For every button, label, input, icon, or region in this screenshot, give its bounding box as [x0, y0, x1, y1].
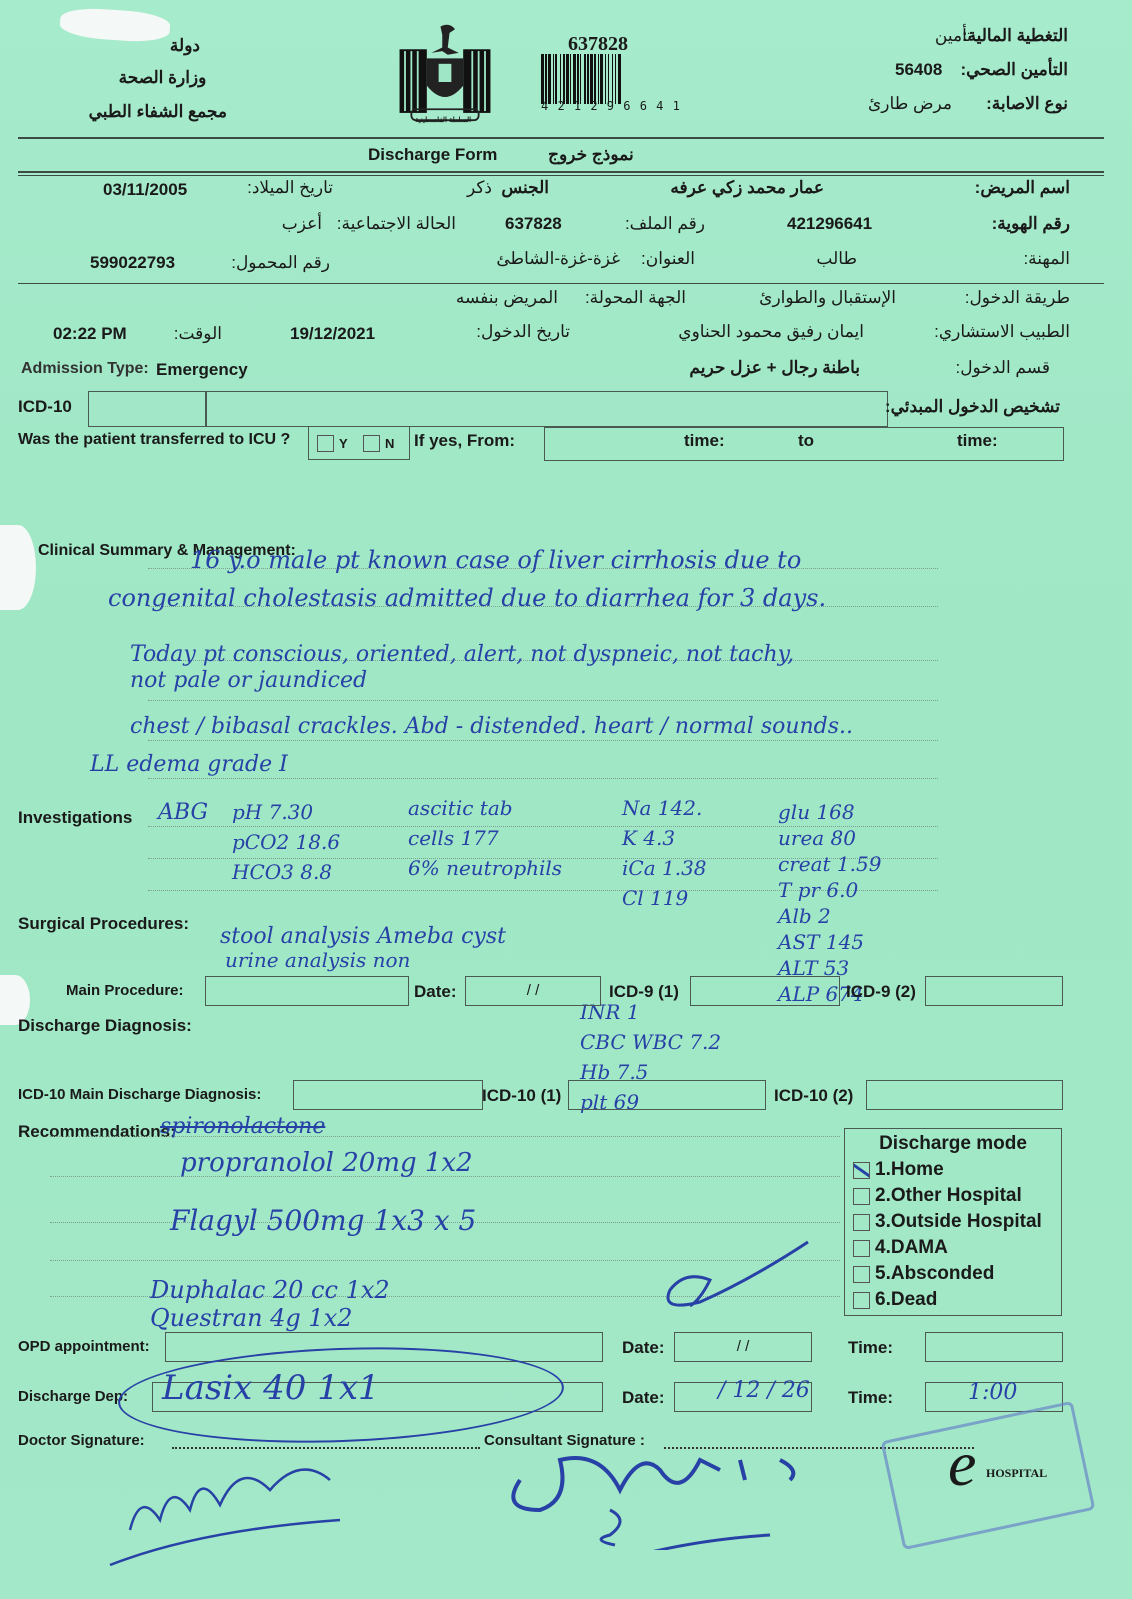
checkbox-icon: [853, 1292, 870, 1309]
checkbox-icon: [853, 1214, 870, 1231]
barcode: [541, 54, 621, 104]
doctor-signature-line: [172, 1447, 480, 1449]
opd-time-label: Time:: [848, 1338, 893, 1358]
mobile-label: رقم المحمول:: [231, 253, 330, 273]
investigation-value: pH 7.30: [232, 800, 313, 824]
discharge-mode-option[interactable]: 2.Other Hospital: [853, 1183, 1061, 1209]
form-title-en: Discharge Form: [368, 145, 497, 165]
checkbox-icon: [317, 435, 334, 452]
checkbox-icon: [853, 1266, 870, 1283]
patient-name-label: اسم المريض:: [975, 178, 1070, 198]
icu-no-label: N: [385, 436, 394, 451]
discharge-mode-label: 4.DAMA: [875, 1237, 948, 1259]
consultant-label: الطبيب الاستشاري:: [934, 322, 1070, 342]
dob-label: تاريخ الميلاد:: [247, 178, 333, 198]
ruled-line: [148, 778, 938, 779]
divider: [18, 137, 1104, 139]
divider: [18, 283, 1104, 284]
recommendation-line: Duphalac 20 cc 1x2: [150, 1276, 390, 1304]
torn-corner: [59, 6, 171, 44]
consultant-signature-icon: [490, 1440, 830, 1550]
checkbox-icon: [853, 1188, 870, 1205]
icd10-main-discharge-field[interactable]: [293, 1080, 483, 1110]
divider: [18, 175, 1104, 176]
investigation-value: CBC WBC 7.2: [580, 1030, 721, 1054]
id-label: رقم الهوية:: [992, 214, 1070, 234]
opd-appointment-label: OPD appointment:: [18, 1338, 150, 1355]
clinical-line: not pale or jaundiced: [130, 668, 367, 693]
icd10-1-label: ICD-10 (1): [482, 1086, 561, 1106]
barcode-number: 637828: [568, 33, 628, 56]
initial-diagnosis-label: تشخيص الدخول المبدئي:: [885, 397, 1060, 417]
discharge-mode-option[interactable]: 4.DAMA: [853, 1235, 1061, 1261]
discharge-dep-label: Discharge Dep:: [18, 1388, 128, 1405]
icu-to-label: to: [798, 431, 814, 451]
icu-yn-box: Y N: [308, 426, 410, 460]
clinical-line: chest / bibasal crackles. Abd - distende…: [130, 714, 853, 739]
patient-name-value: عمار محمد زكي عرفه: [670, 178, 824, 198]
icu-time2-label: time:: [957, 431, 998, 451]
icd10-1-field[interactable]: [568, 1080, 766, 1110]
icd9-2-field[interactable]: [925, 976, 1063, 1006]
doctor-signature-label: Doctor Signature:: [18, 1432, 145, 1449]
ruled-line: [148, 700, 938, 701]
barcode-digits: 4 2 1 2 9 6 6 4 1: [541, 99, 681, 113]
procedure-date-field[interactable]: / /: [465, 976, 601, 1006]
admission-time-label: الوقت:: [174, 324, 222, 344]
icd10-2-field[interactable]: [866, 1080, 1063, 1110]
discharge-dep-handwriting: Lasix 40 1x1: [162, 1368, 380, 1408]
icu-yes-checkbox[interactable]: Y: [317, 435, 348, 452]
investigation-value: Cl 119: [622, 886, 688, 910]
gender-value: ذكر: [467, 178, 492, 198]
checkbox-icon: [363, 435, 380, 452]
investigation-value: 6% neutrophils: [408, 856, 562, 880]
discharge-date-value: / 12 / 26: [718, 1378, 810, 1403]
procedure-line: urine analysis non: [225, 948, 410, 972]
discharge-mode-label: 2.Other Hospital: [875, 1185, 1022, 1207]
icd10-admission-label: ICD-10: [18, 397, 72, 417]
address-value: غزة-غزة-الشاطئ: [496, 249, 620, 269]
ehospital-logo-icon: e: [948, 1432, 976, 1496]
ehospital-logo-text: HOSPITAL: [986, 1466, 1047, 1481]
discharge-mode-label: 5.Absconded: [875, 1263, 994, 1285]
discharge-mode-label: 6.Dead: [875, 1289, 937, 1311]
admission-date-label: تاريخ الدخول:: [476, 322, 570, 342]
consultant-value: ايمان رفيق محمود الحناوي: [678, 322, 864, 342]
referrer-value: المريض بنفسه: [456, 288, 558, 308]
file-number-label: رقم الملف:: [625, 214, 705, 234]
main-procedure-field[interactable]: [205, 976, 409, 1006]
investigation-value: cells 177: [408, 826, 499, 850]
icd9-1-field[interactable]: [690, 976, 840, 1006]
referrer-label: الجهة المحولة:: [585, 288, 686, 308]
injury-type-value: مرض طارئ: [868, 94, 952, 114]
form-title-ar: نموذج خروج: [548, 145, 634, 165]
checkbox-icon: [853, 1240, 870, 1257]
investigation-value: creat 1.59: [778, 852, 881, 876]
icu-no-checkbox[interactable]: N: [363, 435, 394, 452]
icd10-admission-desc-field[interactable]: [206, 391, 888, 427]
opd-time-field[interactable]: [925, 1332, 1063, 1362]
header-hospital: مجمع الشفاء الطبي: [92, 102, 227, 122]
admission-type-value: Emergency: [156, 360, 248, 380]
discharge-mode-option[interactable]: 5.Absconded: [853, 1261, 1061, 1287]
discharge-time-value: 1:00: [968, 1380, 1017, 1405]
discharge-diagnosis-label: Discharge Diagnosis:: [18, 1016, 192, 1036]
icd10-2-label: ICD-10 (2): [774, 1086, 853, 1106]
discharge-mode-box: Discharge mode 1.Home2.Other Hospital3.O…: [844, 1128, 1062, 1316]
admission-method-label: طريقة الدخول:: [965, 288, 1070, 308]
discharge-mode-option[interactable]: 1.Home: [853, 1157, 1061, 1183]
surgical-procedures-label: Surgical Procedures:: [18, 914, 189, 934]
gender-label: الجنس: [501, 178, 549, 198]
recommendations-label: Recommendations:: [18, 1122, 176, 1142]
investigation-value: iCa 1.38: [622, 856, 707, 880]
discharge-mode-label: 3.Outside Hospital: [875, 1211, 1042, 1233]
coverage-value: تأمين: [935, 26, 972, 46]
discharge-form-page: دولة وزارة الصحة مجمع الشفاء الطبي السلط…: [0, 0, 1132, 1599]
abg-label: ABG: [158, 800, 208, 825]
dob-value: 03/11/2005: [103, 180, 187, 200]
clinical-line: congenital cholestasis admitted due to d…: [108, 584, 826, 612]
occupation-label: المهنة:: [1023, 249, 1070, 269]
occupation-value: طالب: [816, 249, 857, 269]
icu-question: Was the patient transferred to ICU ?: [18, 431, 290, 449]
admission-time-value: 02:22 PM: [53, 324, 127, 344]
investigation-value: HCO3 8.8: [232, 860, 332, 884]
procedure-date-label: Date:: [414, 982, 457, 1002]
icd9-1-label: ICD-9 (1): [609, 982, 679, 1002]
investigation-value: Alb 2: [778, 904, 831, 928]
address-label: العنوان:: [641, 249, 695, 269]
discharge-time-label: Time:: [848, 1388, 893, 1408]
header-state: دولة: [170, 36, 200, 56]
torn-edge: [0, 525, 36, 610]
investigation-value: pCO2 18.6: [232, 830, 340, 854]
insurance-value: 56408: [895, 60, 942, 80]
recommendation-line: Flagyl 500mg 1x3 x 5: [170, 1204, 476, 1237]
doctor-signature-icon: [100, 1450, 380, 1570]
discharge-mode-option[interactable]: 6.Dead: [853, 1287, 1061, 1313]
admission-date-value: 19/12/2021: [290, 324, 375, 344]
icu-from-label: If yes, From:: [414, 431, 515, 451]
icd10-admission-code-field[interactable]: [88, 391, 206, 427]
investigation-value: ascitic tab: [408, 796, 513, 820]
icu-time1-label: time:: [684, 431, 725, 451]
investigation-value: urea 80: [778, 826, 856, 850]
icd10-main-discharge-label: ICD-10 Main Discharge Diagnosis:: [18, 1086, 261, 1103]
investigation-value: glu 168: [778, 800, 855, 824]
investigation-value: T pr 6.0: [778, 878, 858, 902]
emblem-icon: [390, 22, 500, 127]
ruled-line: [148, 740, 938, 741]
opd-date-field[interactable]: / /: [674, 1332, 812, 1362]
clinical-line: LL edema grade I: [90, 752, 288, 777]
investigation-value: Na 142.: [622, 796, 702, 820]
checked-checkbox-icon: [853, 1162, 870, 1179]
coverage-label: التغطية المالية:: [962, 26, 1068, 46]
file-number-value: 637828: [505, 214, 562, 234]
admission-type-label: Admission Type:: [21, 360, 149, 378]
investigation-value: AST 145: [778, 930, 864, 954]
divider: [18, 171, 1104, 173]
opd-date-label: Date:: [622, 1338, 665, 1358]
marital-status-value: أعزب: [282, 214, 322, 234]
discharge-date-label: Date:: [622, 1388, 665, 1408]
recommendation-line: Questran 4g 1x2: [150, 1304, 353, 1332]
injury-type-label: نوع الاصابة:: [986, 94, 1068, 114]
admission-method-value: الإستقبال والطوارئ: [759, 288, 896, 308]
discharge-mode-option[interactable]: 3.Outside Hospital: [853, 1209, 1061, 1235]
id-value: 421296641: [787, 214, 872, 234]
admission-dept-label: قسم الدخول:: [955, 358, 1050, 378]
emblem-label: السلطة الفلسطينية: [408, 116, 478, 124]
clinical-line: 16 y.o male pt known case of liver cirrh…: [190, 546, 801, 574]
main-procedure-label: Main Procedure:: [66, 982, 184, 999]
recommendation-line: spironolactone: [160, 1114, 325, 1139]
header-ministry: وزارة الصحة: [110, 68, 215, 88]
admission-dept-value: باطنة رجال + عزل حريم: [689, 358, 860, 378]
mobile-value: 599022793: [90, 253, 175, 273]
check-mark-scribble-icon: [630, 1240, 810, 1310]
insurance-label: التأمين الصحي:: [960, 60, 1068, 80]
icu-yes-label: Y: [339, 436, 348, 451]
recommendation-line: propranolol 20mg 1x2: [180, 1148, 473, 1178]
procedure-line: stool analysis Ameba cyst: [220, 924, 506, 949]
marital-status-label: الحالة الاجتماعية:: [337, 214, 456, 234]
clinical-line: Today pt conscious, oriented, alert, not…: [130, 642, 794, 667]
investigation-value: K 4.3: [622, 826, 675, 850]
discharge-mode-label: 1.Home: [875, 1159, 944, 1181]
icd9-2-label: ICD-9 (2): [846, 982, 916, 1002]
investigations-label: Investigations: [18, 808, 132, 828]
discharge-mode-title: Discharge mode: [845, 1133, 1061, 1155]
